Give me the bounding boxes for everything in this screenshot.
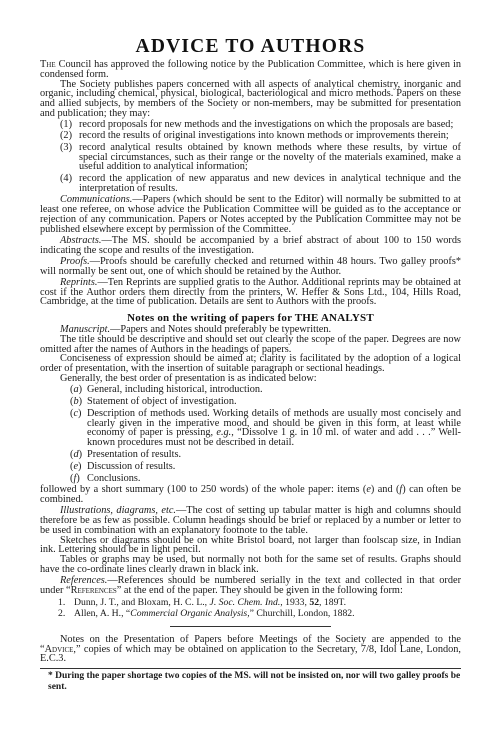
references-paragraph: References.—References should be numbere… <box>40 576 461 596</box>
document-page: ADVICE TO AUTHORS The Council has approv… <box>40 36 461 693</box>
abstracts-paragraph: Abstracts.—The MS. should be accompanied… <box>40 236 461 256</box>
purpose-item: (1)record proposals for new methods and … <box>40 120 461 130</box>
order-item: (a)General, including historical, introd… <box>40 385 461 395</box>
reference-item: 2.Allen, A. H., “Commercial Organic Anal… <box>40 609 461 619</box>
purpose-list: (1)record proposals for new methods and … <box>40 120 461 194</box>
intro-text: Council has approved the following notic… <box>40 59 461 80</box>
order-mark: (c) <box>70 409 81 419</box>
order-text: General, including historical, introduct… <box>87 384 263 395</box>
purpose-item: (2)record the results of original invest… <box>40 131 461 141</box>
footnote-divider <box>40 668 461 669</box>
purpose-mark: (4) <box>60 174 72 184</box>
page-title: ADVICE TO AUTHORS <box>40 36 461 58</box>
purpose-item: (3)record analytical results obtained by… <box>40 143 461 172</box>
footnote: * During the paper shortage two copies o… <box>40 671 461 693</box>
order-mark: (b) <box>70 397 82 407</box>
reference-examples-list: 1.Dunn, J. T., and Bloxam, H. C. L., J. … <box>40 598 461 619</box>
scope-paragraph: The Society publishes papers concerned w… <box>40 80 461 119</box>
title-paragraph: The title should be descriptive and shou… <box>40 335 461 355</box>
appendix-note-paragraph: Notes on the Presentation of Papers befo… <box>40 635 461 664</box>
order-item: (d)Presentation of results. <box>40 450 461 460</box>
reprints-paragraph: Reprints.—Ten Reprints are supplied grat… <box>40 278 461 307</box>
purpose-text: record the application of new apparatus … <box>79 173 461 194</box>
reprints-text: —Ten Reprints are supplied gratis to the… <box>40 277 461 308</box>
purpose-text: record analytical results obtained by kn… <box>79 142 461 173</box>
notes-heading: Notes on the writing of papers for THE A… <box>40 312 461 324</box>
sketches-paragraph: Sketches or diagrams should be on white … <box>40 536 461 556</box>
proofs-paragraph: Proofs.—Proofs should be carefully check… <box>40 257 461 277</box>
reference-mark: 2. <box>58 609 65 619</box>
order-mark: (d) <box>70 450 82 460</box>
summary-paragraph: followed by a short summary (100 to 250 … <box>40 485 461 505</box>
order-text: Description of methods used. Working det… <box>87 408 461 448</box>
purpose-text: record proposals for new methods and the… <box>79 119 453 130</box>
order-item: (f)Conclusions. <box>40 474 461 484</box>
purpose-mark: (3) <box>60 143 72 153</box>
tables-paragraph: Tables or graphs may be used, but normal… <box>40 555 461 575</box>
reference-item: 1.Dunn, J. T., and Bloxam, H. C. L., J. … <box>40 598 461 608</box>
presentation-order-list: (a)General, including historical, introd… <box>40 385 461 483</box>
order-text: Statement of object of investigation. <box>87 396 237 407</box>
purpose-item: (4)record the application of new apparat… <box>40 174 461 194</box>
order-text: Presentation of results. <box>87 449 181 460</box>
order-item: (c)Description of methods used. Working … <box>40 409 461 448</box>
order-text: Discussion of results. <box>87 461 175 472</box>
abstracts-text: —The MS. should be accompanied by a brie… <box>40 235 461 256</box>
order-item: (b)Statement of object of investigation. <box>40 397 461 407</box>
intro-paragraph: The Council has approved the following n… <box>40 60 461 80</box>
order-mark: (f) <box>70 474 80 484</box>
illustrations-paragraph: Illustrations, diagrams, etc.—The cost o… <box>40 506 461 535</box>
order-text: Conclusions. <box>87 473 141 484</box>
order-mark: (e) <box>70 462 81 472</box>
proofs-text: —Proofs should be carefully checked and … <box>40 256 461 277</box>
section-divider <box>170 626 331 627</box>
purpose-mark: (2) <box>60 131 72 141</box>
purpose-mark: (1) <box>60 120 72 130</box>
purpose-text: record the results of original investiga… <box>79 130 449 141</box>
order-intro: Generally, the best order of presentatio… <box>40 374 461 384</box>
conciseness-paragraph: Conciseness of expression should be aime… <box>40 354 461 374</box>
order-mark: (a) <box>70 385 82 395</box>
reference-mark: 1. <box>58 598 65 608</box>
communications-paragraph: Communications.—Papers (which should be … <box>40 195 461 234</box>
order-item: (e)Discussion of results. <box>40 462 461 472</box>
